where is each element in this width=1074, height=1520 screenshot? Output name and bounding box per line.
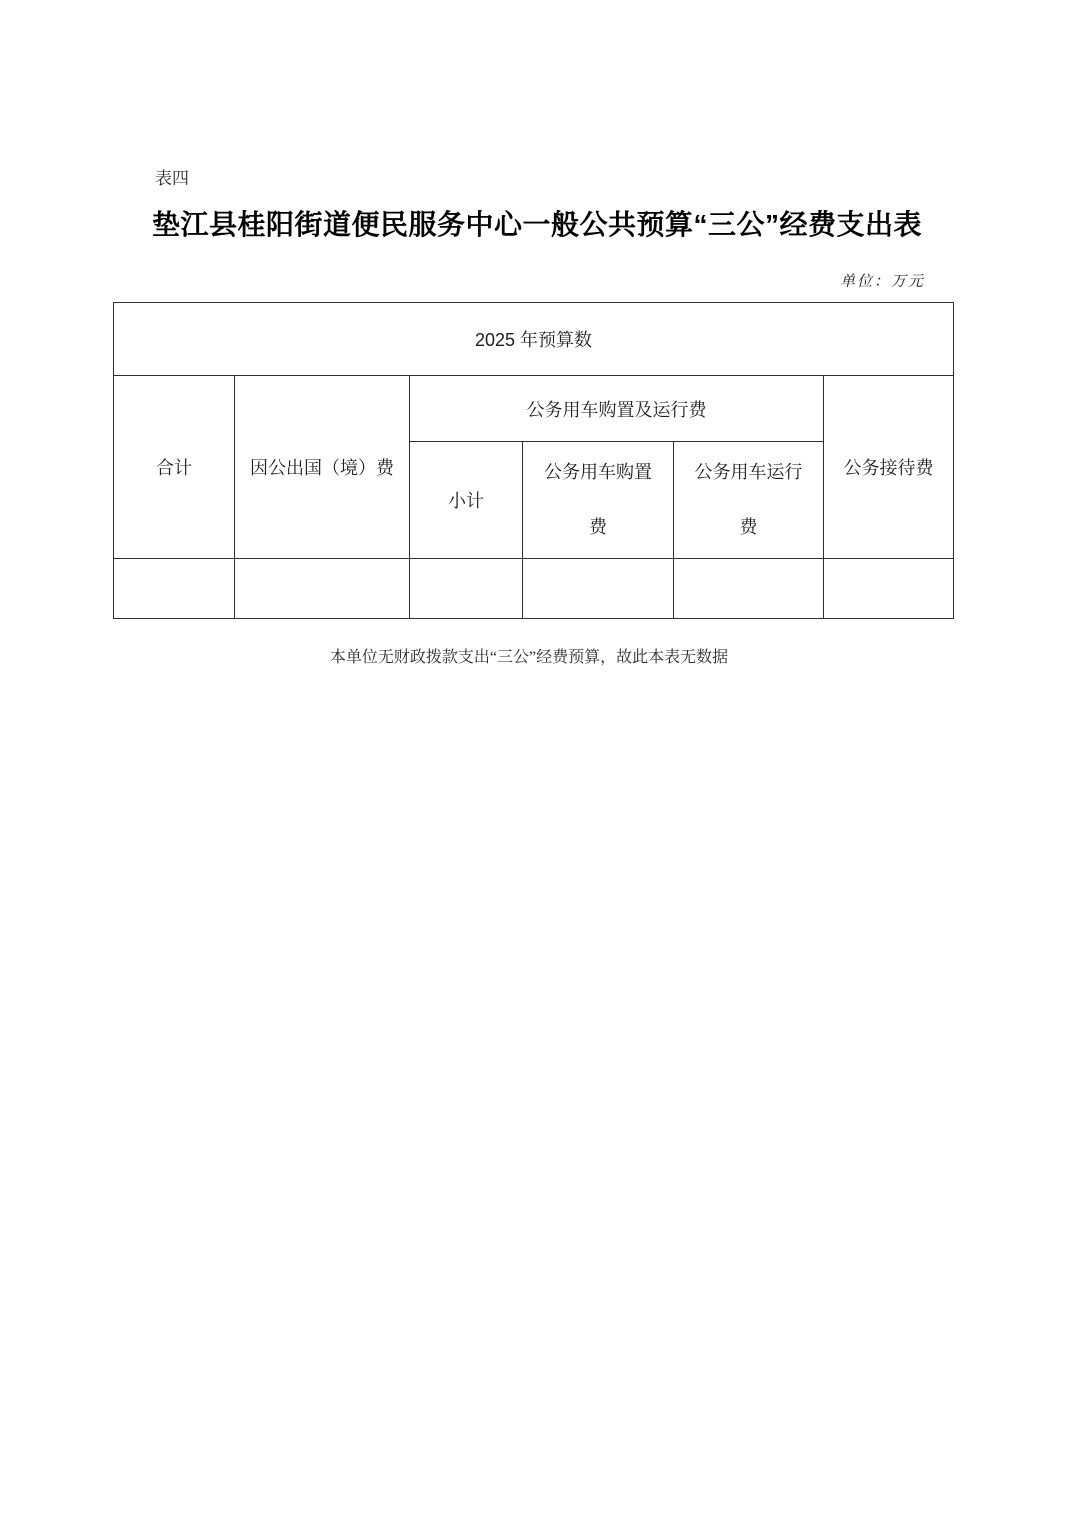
header-overseas-travel: 因公出国（境）费	[235, 376, 410, 559]
year-header-cell: 2025 年预算数	[114, 303, 954, 376]
data-cell-vehicle-operation	[674, 559, 824, 619]
header-total: 合计	[114, 376, 235, 559]
header-vehicle-operation: 公务用车运行 费	[674, 442, 824, 559]
data-cell-vehicle-purchase	[523, 559, 674, 619]
header-official-reception: 公务接待费	[824, 376, 954, 559]
page-title: 垫江县桂阳街道便民服务中心一般公共预算“三公”经费支出表	[0, 203, 1074, 243]
table-row-data	[114, 559, 954, 619]
data-cell-vehicle-subtotal	[410, 559, 523, 619]
data-cell-total	[114, 559, 235, 619]
header-vehicle-group: 公务用车购置及运行费	[410, 376, 824, 442]
document-page: 表四 垫江县桂阳街道便民服务中心一般公共预算“三公”经费支出表 单位：万元 20…	[0, 0, 1074, 1520]
header-vehicle-subtotal: 小计	[410, 442, 523, 559]
unit-note: 单位：万元	[840, 270, 925, 291]
header-vehicle-purchase-line2: 费	[523, 500, 673, 555]
header-vehicle-operation-line2: 费	[674, 500, 823, 555]
table-row-group-header: 合计 因公出国（境）费 公务用车购置及运行费 公务接待费	[114, 376, 954, 442]
budget-table: 2025 年预算数 合计 因公出国（境）费 公务用车购置及运行费 公务接待费 小…	[113, 302, 954, 619]
no-data-note: 本单位无财政拨款支出“三公”经费预算，故此本表无数据	[0, 644, 1058, 667]
data-cell-overseas	[235, 559, 410, 619]
header-vehicle-purchase-line1: 公务用车购置	[523, 445, 673, 500]
data-cell-reception	[824, 559, 954, 619]
header-vehicle-purchase: 公务用车购置 费	[523, 442, 674, 559]
header-vehicle-operation-line1: 公务用车运行	[674, 445, 823, 500]
table-row-year: 2025 年预算数	[114, 303, 954, 376]
table-number-label: 表四	[155, 164, 189, 189]
